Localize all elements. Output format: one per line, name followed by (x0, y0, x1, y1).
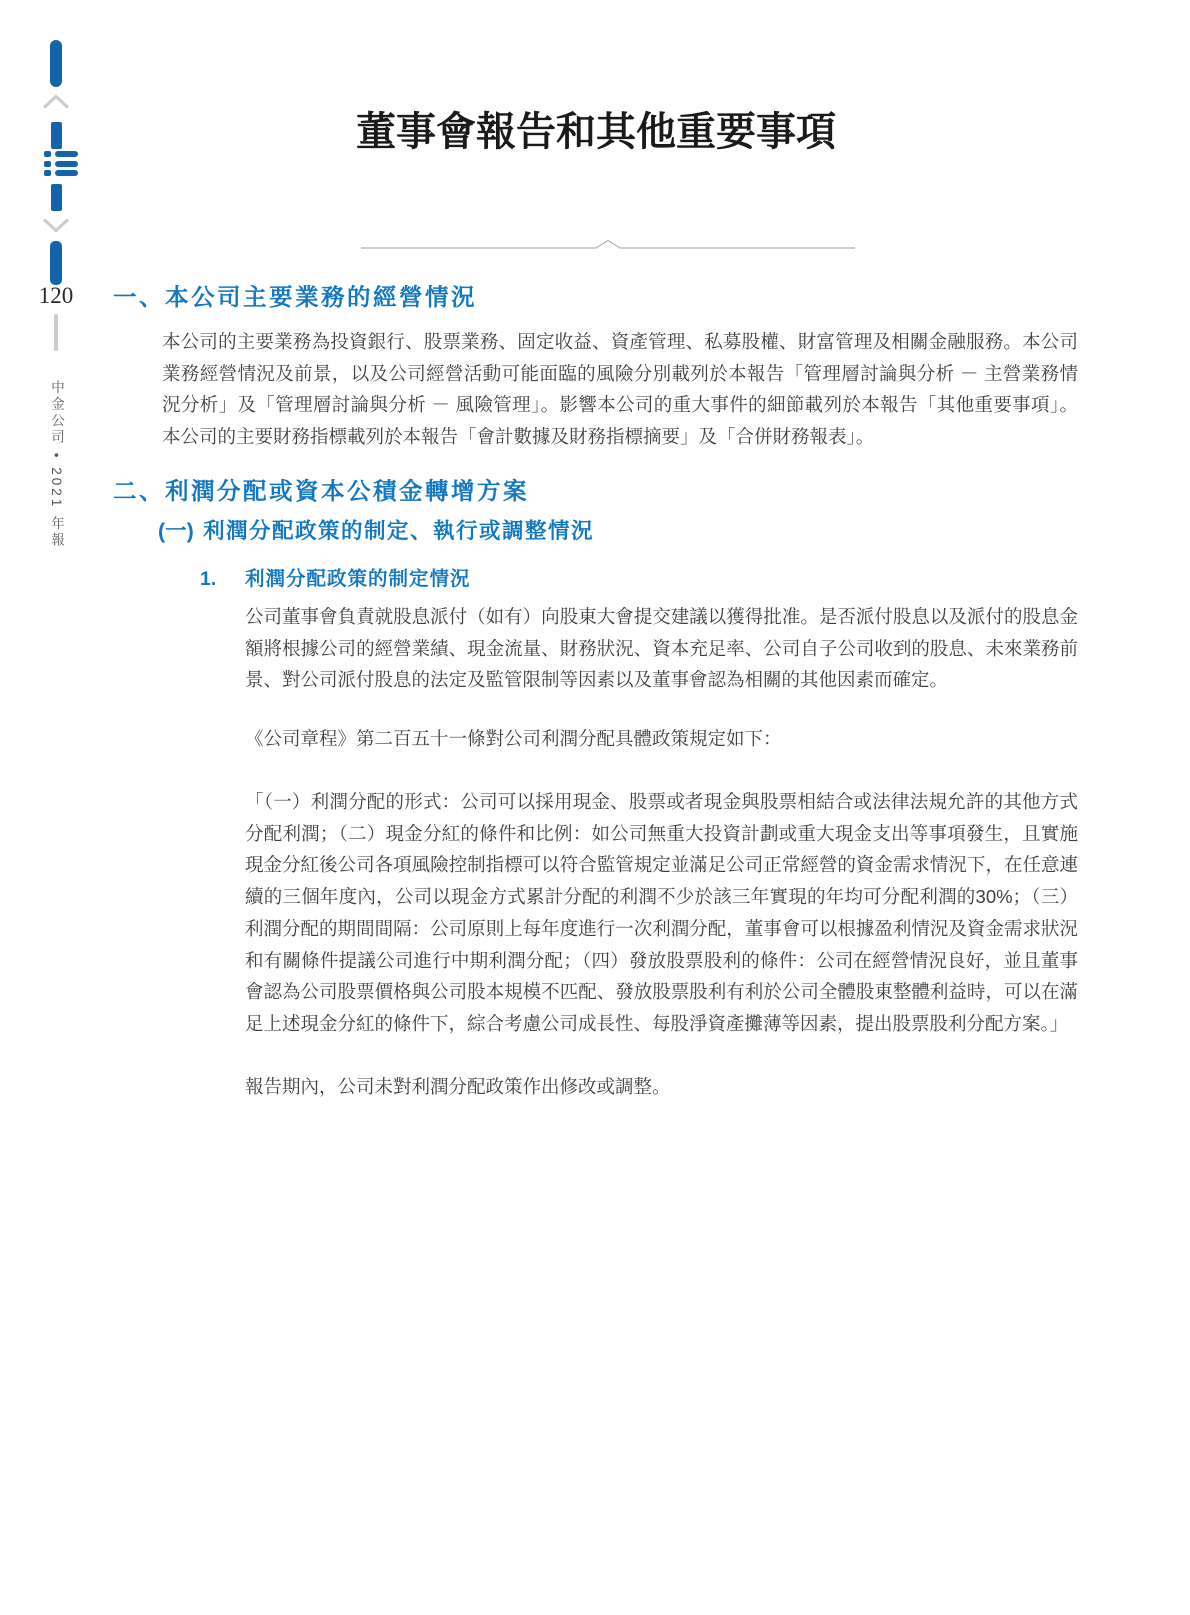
item-number: 1. (200, 568, 245, 591)
item-paragraph: 公司董事會負責就股息派付（如有）向股東大會提交建議以獲得批准。是否派付股息以及派… (245, 601, 1078, 696)
sidebar-small-bar-top (51, 122, 62, 149)
section-2-heading: 二、利潤分配或資本公積金轉增方案 (113, 477, 529, 505)
sidebar-top-bar (50, 40, 62, 87)
item-paragraph: 「（一）利潤分配的形式：公司可以採用現金、股票或者現金與股票相結合或法律法規允許… (245, 786, 1078, 1040)
page-title: 董事會報告和其他重要事項 (113, 100, 1079, 157)
sidebar-small-bar-bottom (51, 184, 62, 211)
sidebar-bottom-bar (50, 241, 62, 285)
report-brand-label: 中金公司 • 2021 年報 (46, 380, 66, 549)
chevron-up-icon[interactable] (41, 93, 71, 111)
item-title: 利潤分配政策的制定情況 (245, 568, 471, 591)
item-heading: 1. 利潤分配政策的制定情況 (200, 568, 471, 591)
item-paragraph: 《公司章程》第二百五十一條對公司利潤分配具體政策規定如下： (245, 723, 1078, 755)
section-1-heading: 一、本公司主要業務的經營情況 (113, 283, 477, 311)
list-row (44, 170, 78, 176)
item-paragraph: 報告期內，公司未對利潤分配政策作出修改或調整。 (245, 1071, 1078, 1103)
list-row (44, 151, 78, 157)
title-divider (361, 239, 855, 250)
section-1-paragraph: 本公司的主要業務為投資銀行、股票業務、固定收益、資產管理、私募股權、財富管理及相… (162, 326, 1078, 453)
chevron-down-icon[interactable] (41, 216, 71, 234)
list-row (44, 161, 78, 167)
page-number: 120 (0, 283, 112, 309)
subsection-heading: (一) 利潤分配政策的制定、執行或調整情況 (158, 519, 594, 545)
subsection-title: 利潤分配政策的制定、執行或調整情況 (203, 519, 594, 545)
table-of-contents-icon[interactable] (44, 151, 78, 180)
report-page: 120 中金公司 • 2021 年報 董事會報告和其他重要事項 一、本公司主要業… (0, 0, 1190, 1615)
page-number-tick (54, 314, 58, 351)
subsection-number: (一) (158, 519, 203, 545)
